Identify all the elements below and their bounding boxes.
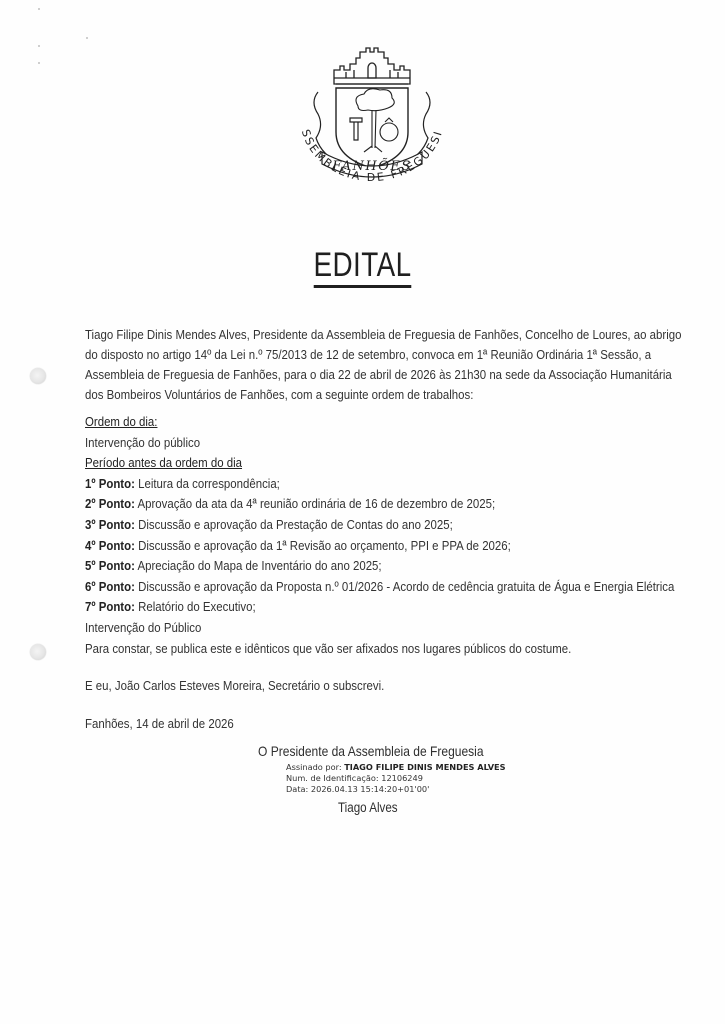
public-intervention-item: Intervenção do público	[85, 433, 704, 454]
point-text: Leitura da correspondência;	[135, 476, 280, 491]
point-label: 3º Ponto:	[85, 517, 135, 532]
point-text: Aprovação da ata da 4ª reunião ordinária…	[135, 496, 495, 511]
id-label: Num. de Identificação:	[286, 773, 381, 783]
agenda-section: Ordem do dia: Intervenção do público Per…	[85, 412, 704, 734]
point-label: 4º Ponto:	[85, 538, 135, 553]
coat-of-arms-emblem: FANHÕES ASSEMBLEIA DE FREGUESIA	[288, 40, 456, 200]
date-value: 2026.04.13 15:14:20+01'00'	[311, 784, 429, 794]
scan-speck	[38, 45, 40, 47]
agenda-heading: Ordem do dia:	[85, 414, 157, 429]
agenda-point: 1º Ponto: Leitura da correspondência;	[85, 474, 704, 495]
place-date: Fanhões, 14 de abril de 2026	[85, 714, 704, 735]
punch-hole	[30, 644, 46, 660]
scan-speck	[38, 8, 40, 10]
date-label: Data:	[286, 784, 311, 794]
agenda-point: 4º Ponto: Discussão e aprovação da 1ª Re…	[85, 536, 704, 557]
point-text: Discussão e aprovação da 1ª Revisão ao o…	[135, 538, 511, 553]
digital-signature-block: Assinado por: TIAGO FILIPE DINIS MENDES …	[286, 762, 506, 795]
point-label: 2º Ponto:	[85, 496, 135, 511]
signed-by-label: Assinado por:	[286, 762, 344, 772]
agenda-point: 5º Ponto: Apreciação do Mapa de Inventár…	[85, 556, 704, 577]
title-text: EDITAL	[313, 246, 411, 288]
signed-by-value: TIAGO FILIPE DINIS MENDES ALVES	[344, 762, 505, 772]
intro-line: Assembleia de Freguesia de Fanhões, para…	[85, 365, 644, 385]
public-intervention-item: Intervenção do Público	[85, 618, 704, 639]
signatory-name: Tiago Alves	[338, 800, 398, 815]
period-heading: Período antes da ordem do dia	[85, 455, 242, 470]
intro-line: dos Bombeiros Voluntários de Fanhões, co…	[85, 385, 644, 405]
id-value: 12106249	[381, 773, 423, 783]
agenda-point: 3º Ponto: Discussão e aprovação da Prest…	[85, 515, 704, 536]
scan-speck	[86, 37, 88, 39]
point-label: 7º Ponto:	[85, 599, 135, 614]
point-text: Discussão e aprovação da Prestação de Co…	[135, 517, 453, 532]
point-label: 5º Ponto:	[85, 558, 135, 573]
intro-line: do disposto no artigo 14º da Lei n.º 75/…	[85, 345, 644, 365]
intro-paragraph: Tiago Filipe Dinis Mendes Alves, Preside…	[85, 325, 644, 405]
scan-speck	[38, 62, 40, 64]
point-label: 1º Ponto:	[85, 476, 135, 491]
secretary-statement: E eu, João Carlos Esteves Moreira, Secre…	[85, 676, 704, 697]
point-text: Discussão e aprovação da Proposta n.º 01…	[135, 579, 674, 594]
document-page: FANHÕES ASSEMBLEIA DE FREGUESIA EDITAL T…	[0, 0, 725, 1024]
point-label: 6º Ponto:	[85, 579, 135, 594]
closing-statement: Para constar, se publica este e idêntico…	[85, 639, 704, 660]
agenda-point: 6º Ponto: Discussão e aprovação da Propo…	[85, 577, 704, 598]
document-title: EDITAL	[65, 246, 660, 285]
point-text: Apreciação do Mapa de Inventário do ano …	[135, 558, 382, 573]
point-text: Relatório do Executivo;	[135, 599, 256, 614]
agenda-point: 7º Ponto: Relatório do Executivo;	[85, 597, 704, 618]
signature-role: O Presidente da Assembleia de Freguesia	[258, 743, 516, 759]
agenda-point: 2º Ponto: Aprovação da ata da 4ª reunião…	[85, 494, 704, 515]
intro-line: Tiago Filipe Dinis Mendes Alves, Preside…	[85, 325, 644, 345]
punch-hole	[30, 368, 46, 384]
